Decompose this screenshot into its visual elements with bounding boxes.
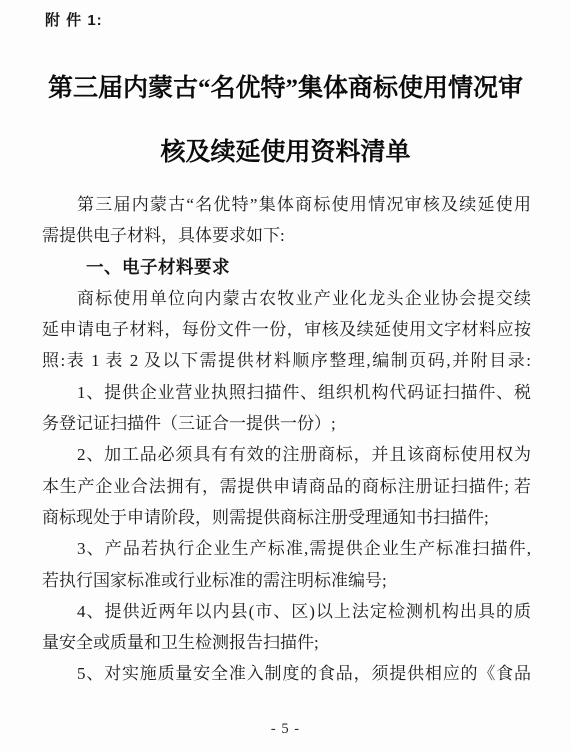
text-line: 第三届内蒙古“名优特”集体商标使用情况审核及续延使用 — [42, 189, 531, 220]
text-line: 3、产品若执行企业生产标准,需提供企业生产标准扫描件, — [42, 533, 531, 564]
document-title-line2: 核及续延使用资料清单 — [20, 121, 551, 185]
document-title: 第三届内蒙古“名优特”集体商标使用情况审 核及续延使用资料清单 — [20, 57, 551, 185]
text-line: 需提供电子材料，具体要求如下: — [42, 220, 531, 251]
page-number: - 5 - — [0, 721, 571, 738]
text-line: 务登记证扫描件（三证合一提供一份）; — [42, 408, 531, 439]
text-line: 延申请电子材料，每份文件一份，审核及续延使用文字材料应按 — [42, 314, 531, 345]
section-heading: 一、电子材料要求 — [42, 252, 531, 283]
attachment-label: 附 件 1: — [45, 9, 103, 30]
text-line: 量安全或质量和卫生检测报告扫描件; — [42, 627, 531, 658]
text-line: 照:表 1 表 2 及以下需提供材料顺序整理,编制页码,并附目录: — [42, 345, 531, 376]
text-line: 若执行国家标准或行业标准的需注明标准编号; — [42, 565, 531, 596]
document-body: 第三届内蒙古“名优特”集体商标使用情况审核及续延使用需提供电子材料，具体要求如下… — [42, 189, 531, 690]
text-line: 1、提供企业营业执照扫描件、组织机构代码证扫描件、税 — [42, 377, 531, 408]
text-line: 商标现处于申请阶段，则需提供商标注册受理通知书扫描件; — [42, 502, 531, 533]
text-line: 商标使用单位向内蒙古农牧业产业化龙头企业协会提交续 — [42, 283, 531, 314]
text-line: 4、提供近两年以内县(市、区)以上法定检测机构出具的质 — [42, 596, 531, 627]
document-page: 附 件 1: 第三届内蒙古“名优特”集体商标使用情况审 核及续延使用资料清单 第… — [0, 0, 571, 751]
document-title-line1: 第三届内蒙古“名优特”集体商标使用情况审 — [20, 57, 551, 121]
text-line: 2、加工品必须具有有效的注册商标，并且该商标使用权为 — [42, 439, 531, 470]
text-line: 5、对实施质量安全准入制度的食品，须提供相应的《食品 — [42, 658, 531, 689]
text-line: 本生产企业合法拥有，需提供申请商品的商标注册证扫描件; 若 — [42, 471, 531, 502]
